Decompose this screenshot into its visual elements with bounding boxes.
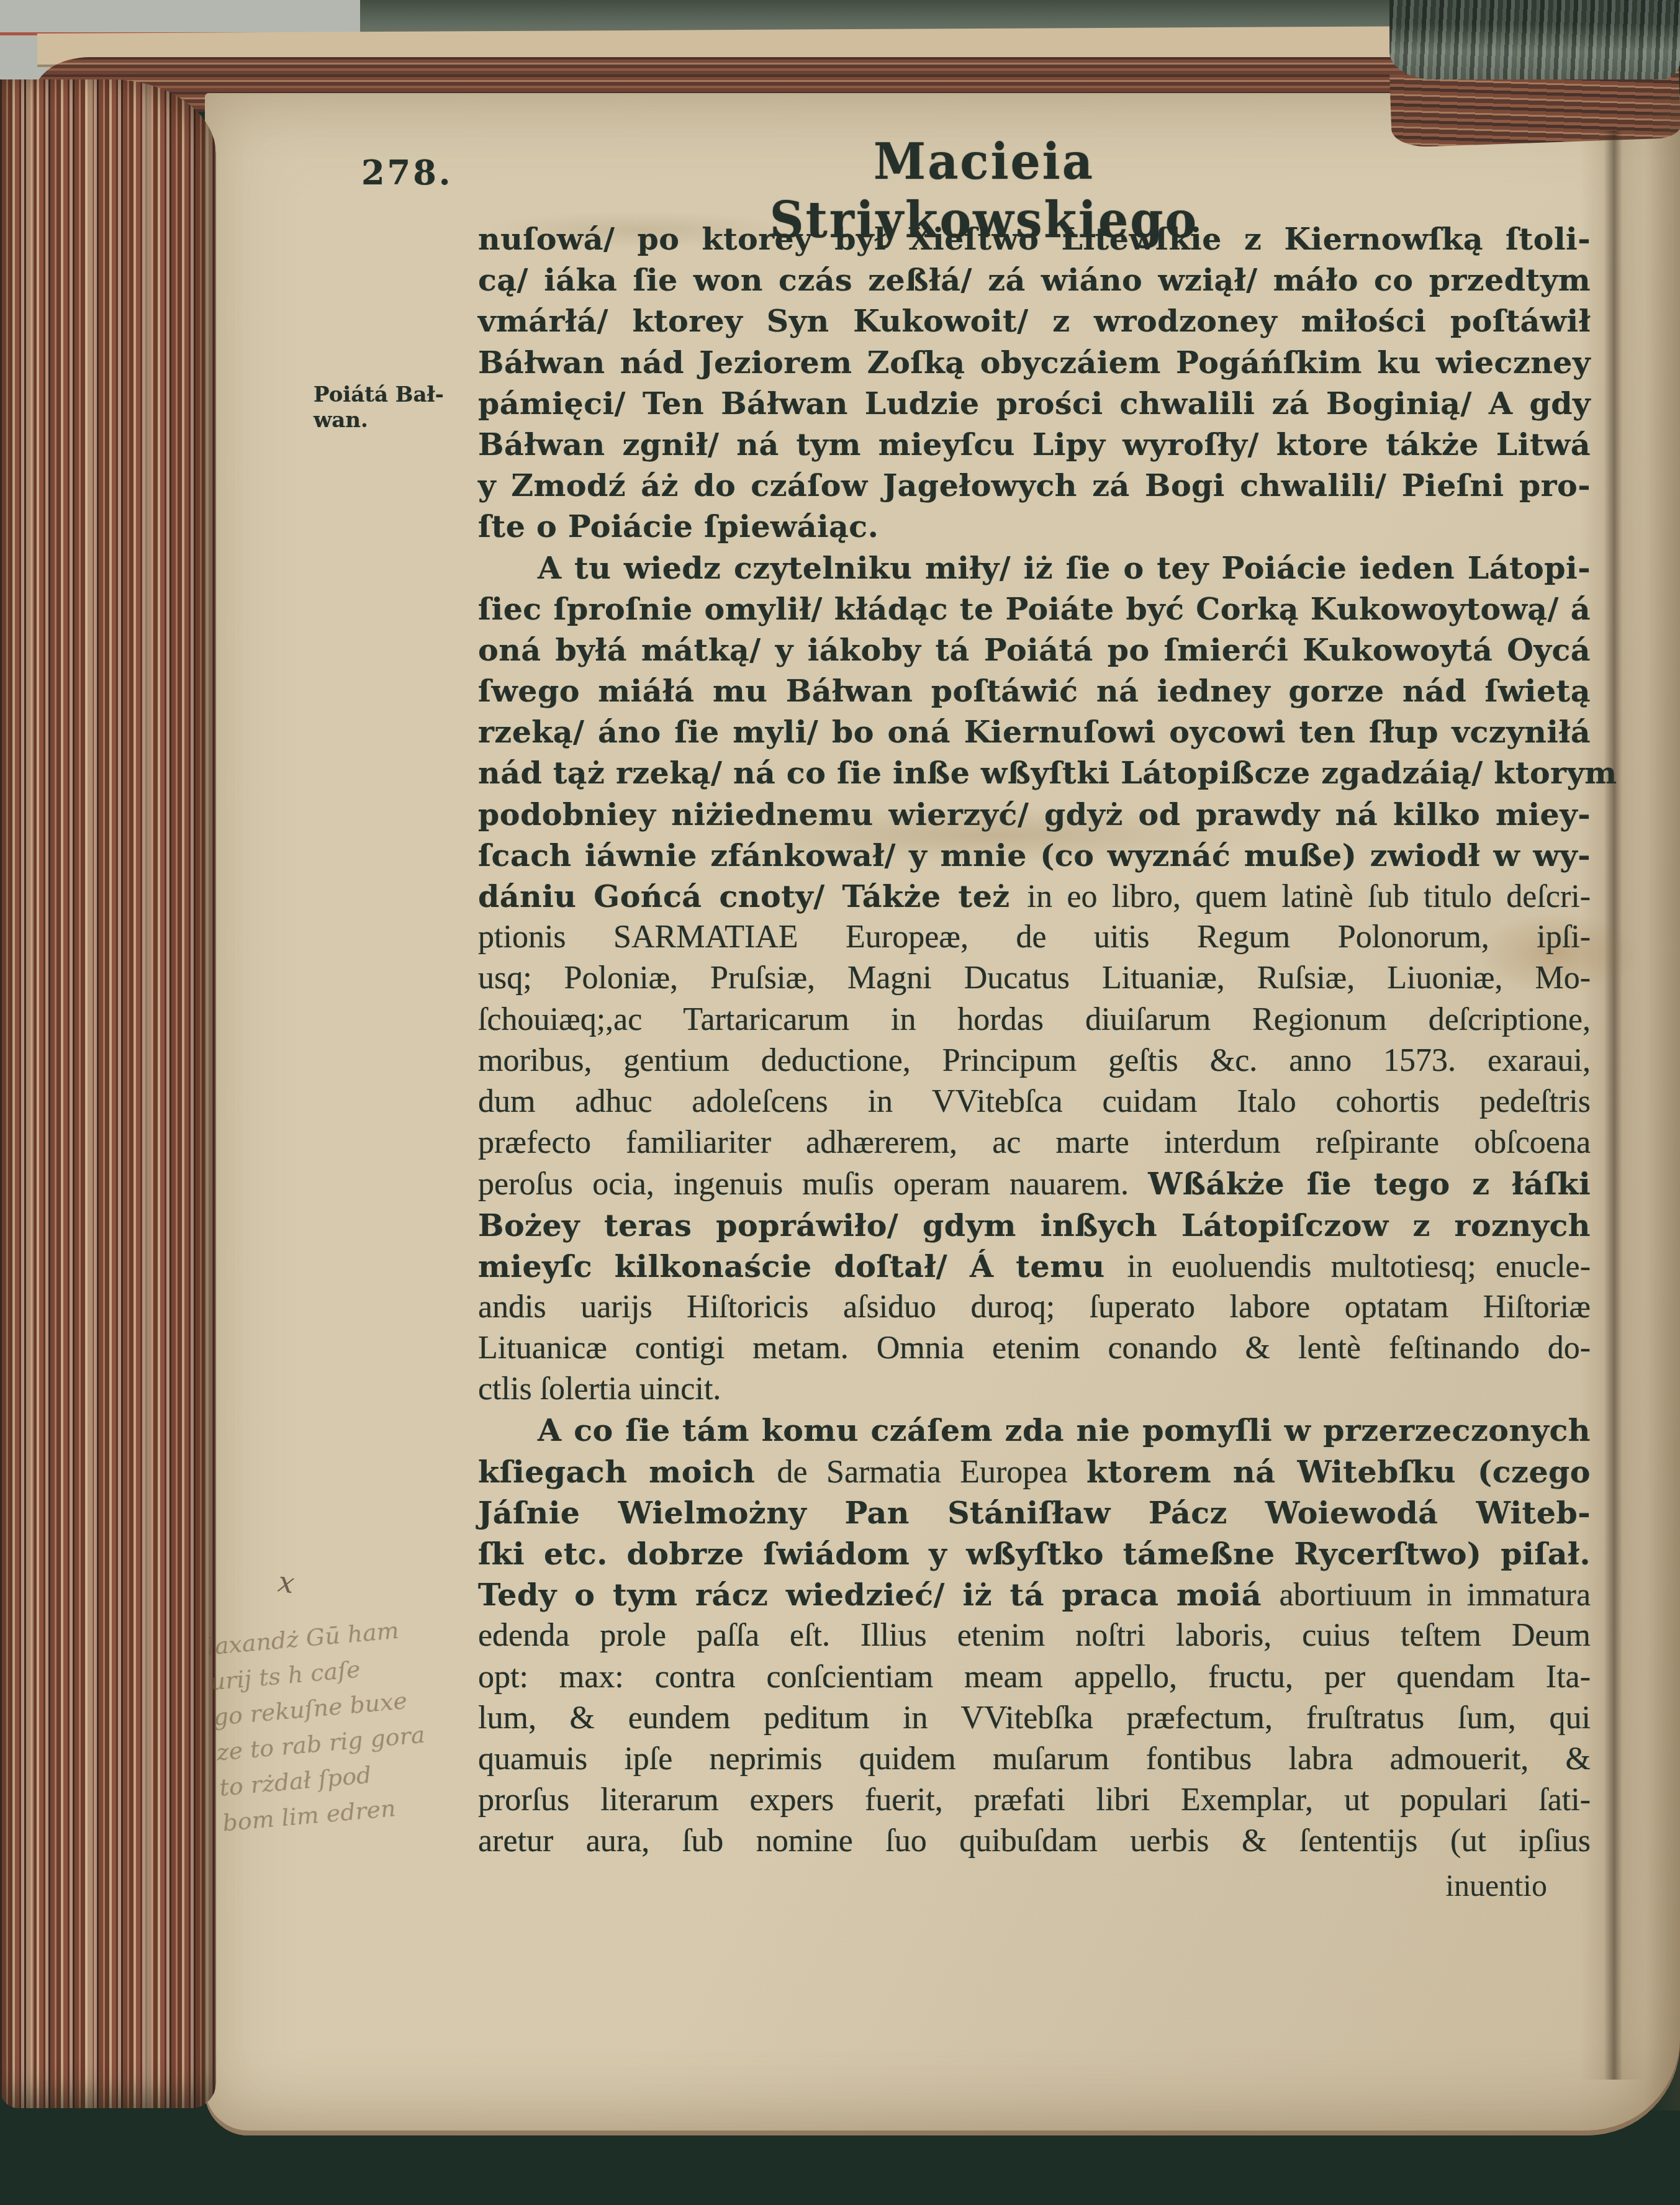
handwritten-marginalia: laxandż Gū hamurij ts h caſego rekuſne b… xyxy=(205,1597,595,1841)
text-line: Báłwan nád Jeziorem Zoſką obyczáiem Pogá… xyxy=(478,342,1591,383)
text-line: moribus, gentium deductione, Principum g… xyxy=(478,1040,1591,1081)
body-text: nuſowá/ po ktorey był Xieſtwo Litewſkie … xyxy=(478,219,1591,1862)
text-line: mieyſc kilkonaście doſtał/ Á temu in euo… xyxy=(478,1246,1591,1287)
text-line: y Zmodź áż do czáſow Jagełowych zá Bogi … xyxy=(478,465,1591,506)
text-line: peroſus ocia, ingenuis muſis operam naua… xyxy=(478,1163,1591,1204)
text-line: kſiegach moich de Sarmatia Europea ktore… xyxy=(478,1451,1591,1492)
text-line: Bożey teras popráwiło/ gdym inßych Látop… xyxy=(478,1205,1591,1246)
text-line: nád tąż rzeką/ ná co ſie inße wßyſtki Lá… xyxy=(478,752,1591,793)
text-line: Tedy o tym rácz wiedzieć/ iż tá praca mo… xyxy=(478,1574,1591,1615)
text-line: ptionis SARMATIAE Europeæ, de uitis Regu… xyxy=(478,917,1591,958)
text-line: lum, & eundem peditum in VVitebſka præfe… xyxy=(478,1698,1591,1739)
text-line: Báłwan zgnił/ ná tym mieyſcu Lipy wyroſł… xyxy=(478,424,1591,465)
text-line: ſchouiæq;,ac Tartaricarum in hordas diui… xyxy=(478,999,1591,1040)
text-line: ſwego miáłá mu Báłwan poſtáwić ná iedney… xyxy=(478,670,1591,711)
text-line: A co ſie tám komu czáſem zda nie pomyſli… xyxy=(478,1410,1591,1451)
text-line: Lituanicæ contigi metam. Omnia etenim co… xyxy=(478,1328,1591,1369)
text-line: edenda prole paſſa eſt. Illius etenim no… xyxy=(478,1615,1591,1656)
text-line: dániu Gońcá cnoty/ Tákże też in eo libro… xyxy=(478,876,1591,917)
text-line: ſki etc. dobrze ſwiádom y wßyſtko támeßn… xyxy=(478,1533,1591,1574)
text-line: prorſus literarum expers fuerit, præfati… xyxy=(478,1780,1591,1821)
text-line: ſte o Poiácie ſpiewáiąc. xyxy=(478,506,1591,547)
text-line: aretur aura, ſub nomine ſuo quibuſdam ue… xyxy=(478,1821,1591,1862)
text-line: podobniey niżiednemu wierzyć/ gdyż od pr… xyxy=(478,794,1591,835)
text-line: opt: max: contra conſcientiam meam appel… xyxy=(478,1657,1591,1698)
text-line: vmárłá/ ktorey Syn Kukowoit/ z wrodzoney… xyxy=(478,300,1591,341)
text-line: cą/ iáka ſie won czás zeßłá/ zá wiáno wz… xyxy=(478,259,1591,300)
text-line: oná byłá mátką/ y iákoby tá Poiátá po ſm… xyxy=(478,629,1591,670)
margin-note-line: wan. xyxy=(314,408,469,433)
right-edge-shadow xyxy=(1644,93,1680,2111)
page-number: 278. xyxy=(361,153,453,192)
headband xyxy=(1389,0,1680,79)
text-line: pámięci/ Ten Báłwan Ludzie prości chwali… xyxy=(478,383,1591,424)
margin-note: Poiátá Bał-wan. xyxy=(314,382,469,433)
text-line: nuſowá/ po ktorey był Xieſtwo Litewſkie … xyxy=(478,219,1591,259)
text-line: rzeką/ áno ſie myli/ bo oná Kiernuſowi o… xyxy=(478,711,1591,752)
text-line: ctlis ſolertia uincit. xyxy=(478,1369,1591,1410)
text-line: usq; Poloniæ, Pruſsiæ, Magni Ducatus Lit… xyxy=(478,958,1591,999)
text-line: andis uarijs Hiſtoricis aſsiduo duroq; ſ… xyxy=(478,1287,1591,1328)
text-line: ſiec ſproſnie omylił/ kłádąc te Poiáte b… xyxy=(478,588,1591,629)
book-scan: 278. Macieia Striykowskiego Poiátá Bał-w… xyxy=(0,0,1680,2205)
text-line: A tu wiedz czytelniku miły/ iż ſie o tey… xyxy=(478,548,1591,588)
margin-note-line: Poiátá Bał- xyxy=(314,382,469,408)
text-line: Jáſnie Wielmożny Pan Stániſław Pácz Woie… xyxy=(478,1492,1591,1533)
text-line: dum adhuc adoleſcens in VVitebſca cuidam… xyxy=(478,1081,1591,1122)
fore-edge-stack xyxy=(0,79,216,2108)
text-line: ſcach iáwnie zfánkował/ y mnie (co wyzná… xyxy=(478,835,1591,876)
text-line: præfecto familiariter adhærerem, ac mart… xyxy=(478,1122,1591,1163)
catchword: inuentio xyxy=(478,1867,1591,1903)
text-line: quamuis ipſe neprimis quidem muſarum fon… xyxy=(478,1739,1591,1780)
